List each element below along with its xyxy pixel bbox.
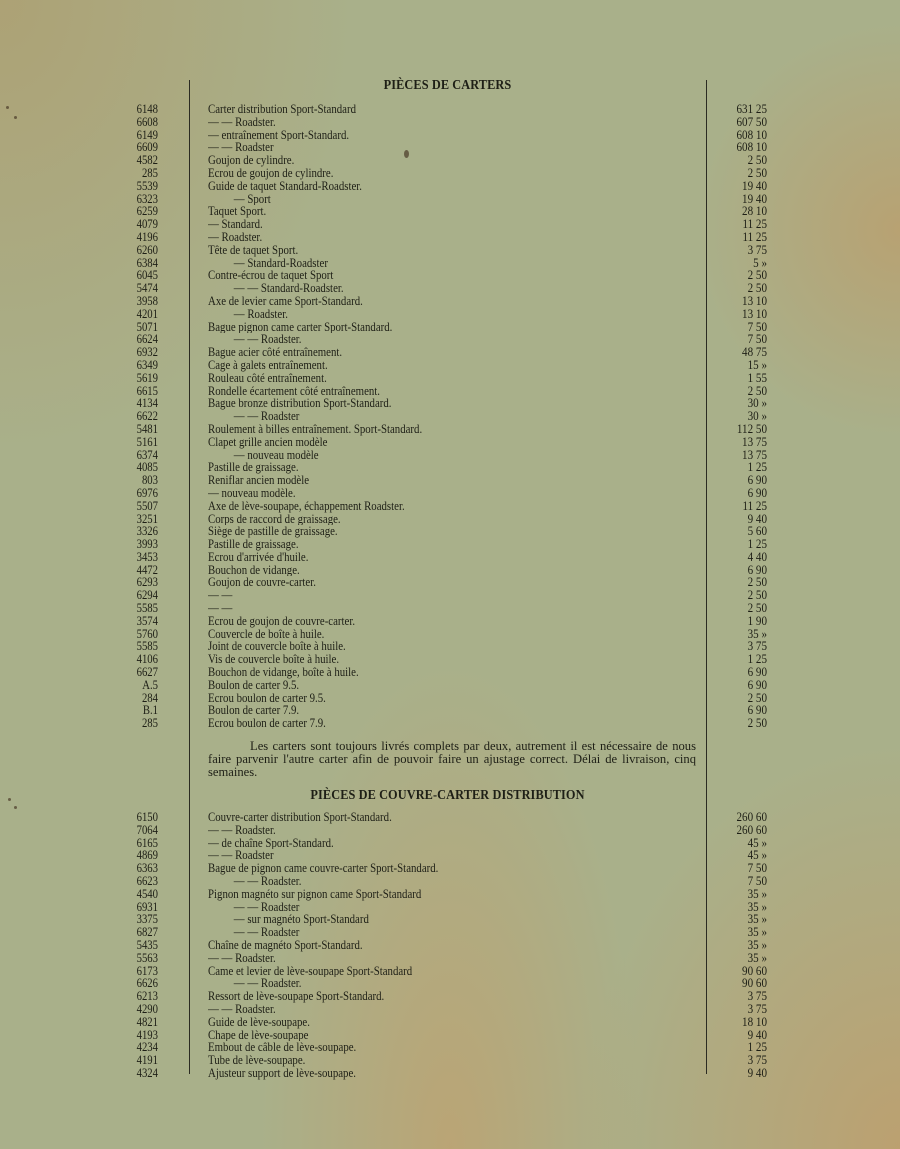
dot-leader [332,359,696,372]
part-description: Pastille de graissage. [208,461,696,474]
paper-speck [8,798,11,801]
description-text: Clapet grille ancien modèle [208,436,327,449]
dot-leader [302,244,696,257]
description-text: — de chaîne Sport-Standard. [208,837,334,850]
description-text: — — Roadster [208,901,299,914]
dot-leader [332,257,696,270]
description-text: Couvercle de boîte à huile. [208,628,324,641]
dot-leader [442,862,696,875]
description-text: Siège de pastille de graissage. [208,525,338,538]
part-number: 285 [109,717,158,730]
part-description: — de chaîne Sport-Standard. [208,837,696,850]
dot-leader [367,939,696,952]
description-text: — — Roadster [208,410,299,423]
section-title-couvre-carter: PIÈCES DE COUVRE-CARTER DISTRIBUTION [221,788,674,804]
dot-leader [304,564,696,577]
description-text: — — Roadster. [208,977,301,990]
part-description: Goujon de couvre-carter. [208,576,696,589]
part-description: Rouleau côté entraînement. [208,372,696,385]
description-text: Pignon magnéto sur pignon came Sport-Sta… [208,888,421,901]
dot-leader [396,811,696,824]
description-text: Goujon de couvre-carter. [208,576,316,589]
part-description: — Roadster. [208,308,696,321]
dot-leader [270,205,696,218]
description-text: Couvre-carter distribution Sport-Standar… [208,811,392,824]
description-text: Ecrou boulon de carter 9.5. [208,692,326,705]
part-description: Pastille de graissage. [208,538,696,551]
dot-leader [267,218,696,231]
description-text: — — Roadster. [208,875,301,888]
part-description: Guide de taquet Standard-Roadster. [208,180,696,193]
dot-leader [367,295,696,308]
description-text: — nouveau modèle [208,449,319,462]
part-description: — sur magnéto Sport-Standard [208,913,696,926]
part-description: Came et levier de lève-soupape Sport-Sta… [208,965,696,978]
dot-leader [330,692,696,705]
description-text: Axe de lève-soupape, échappement Roadste… [208,500,405,513]
dot-leader [366,180,696,193]
part-description: Chaîne de magnéto Sport-Standard. [208,939,696,952]
description-text: Bague de pignon came couvre-carter Sport… [208,862,438,875]
dot-leader [331,372,696,385]
part-description: — — Roadster [208,849,696,862]
description-text: — sur magnéto Sport-Standard [208,913,369,926]
description-text: Contre-écrou de taquet Sport [208,269,333,282]
part-description: Pignon magnéto sur pignon came Sport-Sta… [208,888,696,901]
description-text: — — Roadster [208,926,299,939]
description-text: — — Roadster [208,141,274,154]
part-description: Bague pignon came carter Sport-Standard. [208,321,696,334]
part-description: Axe de lève-soupape, échappement Roadste… [208,500,696,513]
part-description: Contre-écrou de taquet Sport [208,269,696,282]
part-description: — — Roadster. [208,333,696,346]
dot-leader [303,679,696,692]
part-description: Goujon de cylindre. [208,154,696,167]
part-description: — — [208,602,696,615]
dot-leader [266,231,696,244]
part-description: — nouveau modèle [208,449,696,462]
dot-leader [303,901,696,914]
part-description: Clapet grille ancien modèle [208,436,696,449]
dot-leader [323,449,696,462]
dot-leader [331,436,696,449]
description-text: Embout de câble de lève-soupape. [208,1041,356,1054]
dot-leader [345,513,696,526]
part-description: — — Roadster. [208,875,696,888]
description-text: Ecrou de goujon de couvre-carter. [208,615,355,628]
paper-speck [14,116,17,119]
dot-leader [343,653,696,666]
dot-leader [337,269,696,282]
description-text: Tête de taquet Sport. [208,244,298,257]
dot-leader [350,640,696,653]
dot-leader [236,602,696,615]
description-text: Roulement à billes entraînement. Sport-S… [208,423,422,436]
description-text: — — [208,589,232,602]
dot-leader [426,423,696,436]
catalog-page: PIÈCES DE CARTERS 6148Carter distributio… [0,0,900,1149]
dot-leader [303,410,696,423]
part-description: Rondelle écartement côté entraînement. [208,385,696,398]
part-description: Corps de raccord de graissage. [208,513,696,526]
part-description: Roulement à billes entraînement. Sport-S… [208,423,696,436]
dot-leader [388,990,696,1003]
dot-leader [306,333,697,346]
description-text: Pastille de graissage. [208,461,299,474]
description-text: Pastille de graissage. [208,538,299,551]
dot-leader [312,1029,696,1042]
dot-leader [306,875,697,888]
description-text: Bague bronze distribution Sport-Standard… [208,397,391,410]
dot-leader [360,103,696,116]
dot-leader [280,116,696,129]
dot-leader [280,1003,696,1016]
description-text: Vis de couvercle boîte à huile. [208,653,339,666]
part-description: Boulon de carter 9.5. [208,679,696,692]
part-description: Bouchon de vidange, boîte à huile. [208,666,696,679]
description-text: Carter distribution Sport-Standard [208,103,356,116]
section-title-carters: PIÈCES DE CARTERS [221,78,674,94]
part-description: Bague acier côté entraînement. [208,346,696,359]
description-text: Ressort de lève-soupape Sport-Standard. [208,990,384,1003]
description-text: Chape de lève-soupape [208,1029,308,1042]
description-text: — — Standard-Roadster. [208,282,344,295]
part-description: Ecrou de goujon de cylindre. [208,167,696,180]
description-text: — nouveau modèle. [208,487,296,500]
part-description: — Sport [208,193,696,206]
dot-leader [280,952,696,965]
description-text: Bague acier côté entraînement. [208,346,342,359]
part-number: 4324 [109,1067,158,1080]
part-description: Bague bronze distribution Sport-Standard… [208,397,696,410]
dot-leader [360,1041,696,1054]
part-description: — — Roadster. [208,824,696,837]
part-description: Bouchon de vidange. [208,564,696,577]
description-text: Ecrou de goujon de cylindre. [208,167,333,180]
part-description: Cage à galets entraînement. [208,359,696,372]
description-text: — — Roadster [208,849,274,862]
part-description: Carter distribution Sport-Standard [208,103,696,116]
dot-leader [236,589,696,602]
description-text: — — Roadster. [208,333,301,346]
description-text: — Roadster. [208,308,288,321]
dot-leader [275,193,696,206]
dot-leader [303,704,696,717]
dot-leader [353,129,696,142]
part-description: Reniflar ancien modèle [208,474,696,487]
part-description: Taquet Sport. [208,205,696,218]
part-description: — — Roadster. [208,977,696,990]
dot-leader [338,837,696,850]
part-description: Embout de câble de lève-soupape. [208,1041,696,1054]
description-text: — — Roadster. [208,824,276,837]
part-description: — entraînement Sport-Standard. [208,129,696,142]
description-text: Came et levier de lève-soupape Sport-Sta… [208,965,412,978]
description-text: — Standard. [208,218,263,231]
part-description: Siège de pastille de graissage. [208,525,696,538]
part-price: 2 50 [721,717,767,730]
description-text: — Roadster. [208,231,262,244]
part-description: — — Roadster [208,410,696,423]
dot-leader [373,913,696,926]
dot-leader [409,500,696,513]
part-description: — — [208,589,696,602]
dot-leader [314,1016,696,1029]
description-text: — entraînement Sport-Standard. [208,129,349,142]
part-description: — — Roadster. [208,1003,696,1016]
dot-leader [300,487,696,500]
dot-leader [363,666,696,679]
description-text: Tube de lève-soupape. [208,1054,305,1067]
description-text: — Standard-Roadster [208,257,328,270]
part-description: — — Roadster [208,926,696,939]
delivery-note: Les carters sont toujours livrés complet… [208,740,696,779]
dot-leader [312,551,696,564]
part-description: — — Roadster. [208,952,696,965]
description-text: Corps de raccord de graissage. [208,513,341,526]
dot-leader [292,308,696,321]
description-text: — — Roadster. [208,1003,276,1016]
dot-leader [278,849,696,862]
description-text: Guide de lève-soupape. [208,1016,310,1029]
part-description: Vis de couvercle boîte à huile. [208,653,696,666]
description-text: Axe de levier came Sport-Standard. [208,295,363,308]
dot-leader [303,461,696,474]
part-description: Guide de lève-soupape. [208,1016,696,1029]
description-text: Bouchon de vidange. [208,564,300,577]
dot-leader [360,1067,696,1080]
part-description: Ecrou boulon de carter 7.9. [208,717,696,730]
description-text: Guide de taquet Standard-Roadster. [208,180,362,193]
description-text: Chaîne de magnéto Sport-Standard. [208,939,363,952]
dot-leader [396,397,697,410]
dot-leader [320,576,696,589]
part-description: Ecrou d'arrivée d'huile. [208,551,696,564]
description-text: — Sport [208,193,271,206]
paper-speck [14,806,17,809]
couvre-carter-parts-list: 6150Couvre-carter distribution Sport-Sta… [0,811,900,1080]
description-text: Ajusteur support de lève-soupape. [208,1067,356,1080]
dot-leader [330,717,696,730]
dot-leader [396,321,696,334]
dot-leader [303,926,696,939]
dot-leader [342,525,696,538]
part-description: Bague de pignon came couvre-carter Sport… [208,862,696,875]
description-text: Ecrou d'arrivée d'huile. [208,551,308,564]
part-description: — Standard. [208,218,696,231]
dot-leader [328,628,696,641]
dot-leader [425,888,696,901]
part-description: — Standard-Roadster [208,257,696,270]
dot-leader [298,154,696,167]
dot-leader [313,474,696,487]
paper-speck [6,106,9,109]
dot-leader [337,167,696,180]
part-description: — Roadster. [208,231,696,244]
dot-leader [348,282,696,295]
description-text: — — Roadster. [208,116,276,129]
dot-leader [416,965,696,978]
part-description: Couvercle de boîte à huile. [208,628,696,641]
dot-leader [359,615,696,628]
description-text: Joint de couvercle boîte à huile. [208,640,346,653]
part-description: Ecrou de goujon de couvre-carter. [208,615,696,628]
part-description: Ajusteur support de lève-soupape. [208,1067,696,1080]
description-text: Boulon de carter 9.5. [208,679,299,692]
part-description: — — Roadster [208,901,696,914]
description-text: Ecrou boulon de carter 7.9. [208,717,326,730]
description-text: Taquet Sport. [208,205,266,218]
table-row: 285Ecrou boulon de carter 7.9.2 50 [0,717,900,730]
dot-leader [309,1054,696,1067]
description-text: Cage à galets entraînement. [208,359,328,372]
dot-leader [303,538,696,551]
part-description: Couvre-carter distribution Sport-Standar… [208,811,696,824]
part-description: Tête de taquet Sport. [208,244,696,257]
part-description: Tube de lève-soupape. [208,1054,696,1067]
part-description: — nouveau modèle. [208,487,696,500]
description-text: — — [208,602,232,615]
description-text: — — Roadster. [208,952,276,965]
part-description: Boulon de carter 7.9. [208,704,696,717]
dot-leader [280,824,696,837]
description-text: Goujon de cylindre. [208,154,294,167]
description-text: Rondelle écartement côté entraînement. [208,385,380,398]
part-description: Joint de couvercle boîte à huile. [208,640,696,653]
dot-leader [384,385,696,398]
part-description: Ecrou boulon de carter 9.5. [208,692,696,705]
dot-leader [278,141,696,154]
description-text: Reniflar ancien modèle [208,474,309,487]
part-description: — — Roadster [208,141,696,154]
part-description: Axe de levier came Sport-Standard. [208,295,696,308]
description-text: Bouchon de vidange, boîte à huile. [208,666,359,679]
table-row: 4324Ajusteur support de lève-soupape.9 4… [0,1067,900,1080]
description-text: Bague pignon came carter Sport-Standard. [208,321,392,334]
description-text: Boulon de carter 7.9. [208,704,299,717]
part-description: Ressort de lève-soupape Sport-Standard. [208,990,696,1003]
part-description: Chape de lève-soupape [208,1029,696,1042]
part-description: — — Roadster. [208,116,696,129]
dot-leader [306,977,697,990]
description-text: Rouleau côté entraînement. [208,372,327,385]
dot-leader [346,346,696,359]
part-price: 9 40 [721,1067,767,1080]
carters-parts-list: 6148Carter distribution Sport-Standard63… [0,103,900,730]
part-description: — — Standard-Roadster. [208,282,696,295]
paper-speck [404,150,409,158]
